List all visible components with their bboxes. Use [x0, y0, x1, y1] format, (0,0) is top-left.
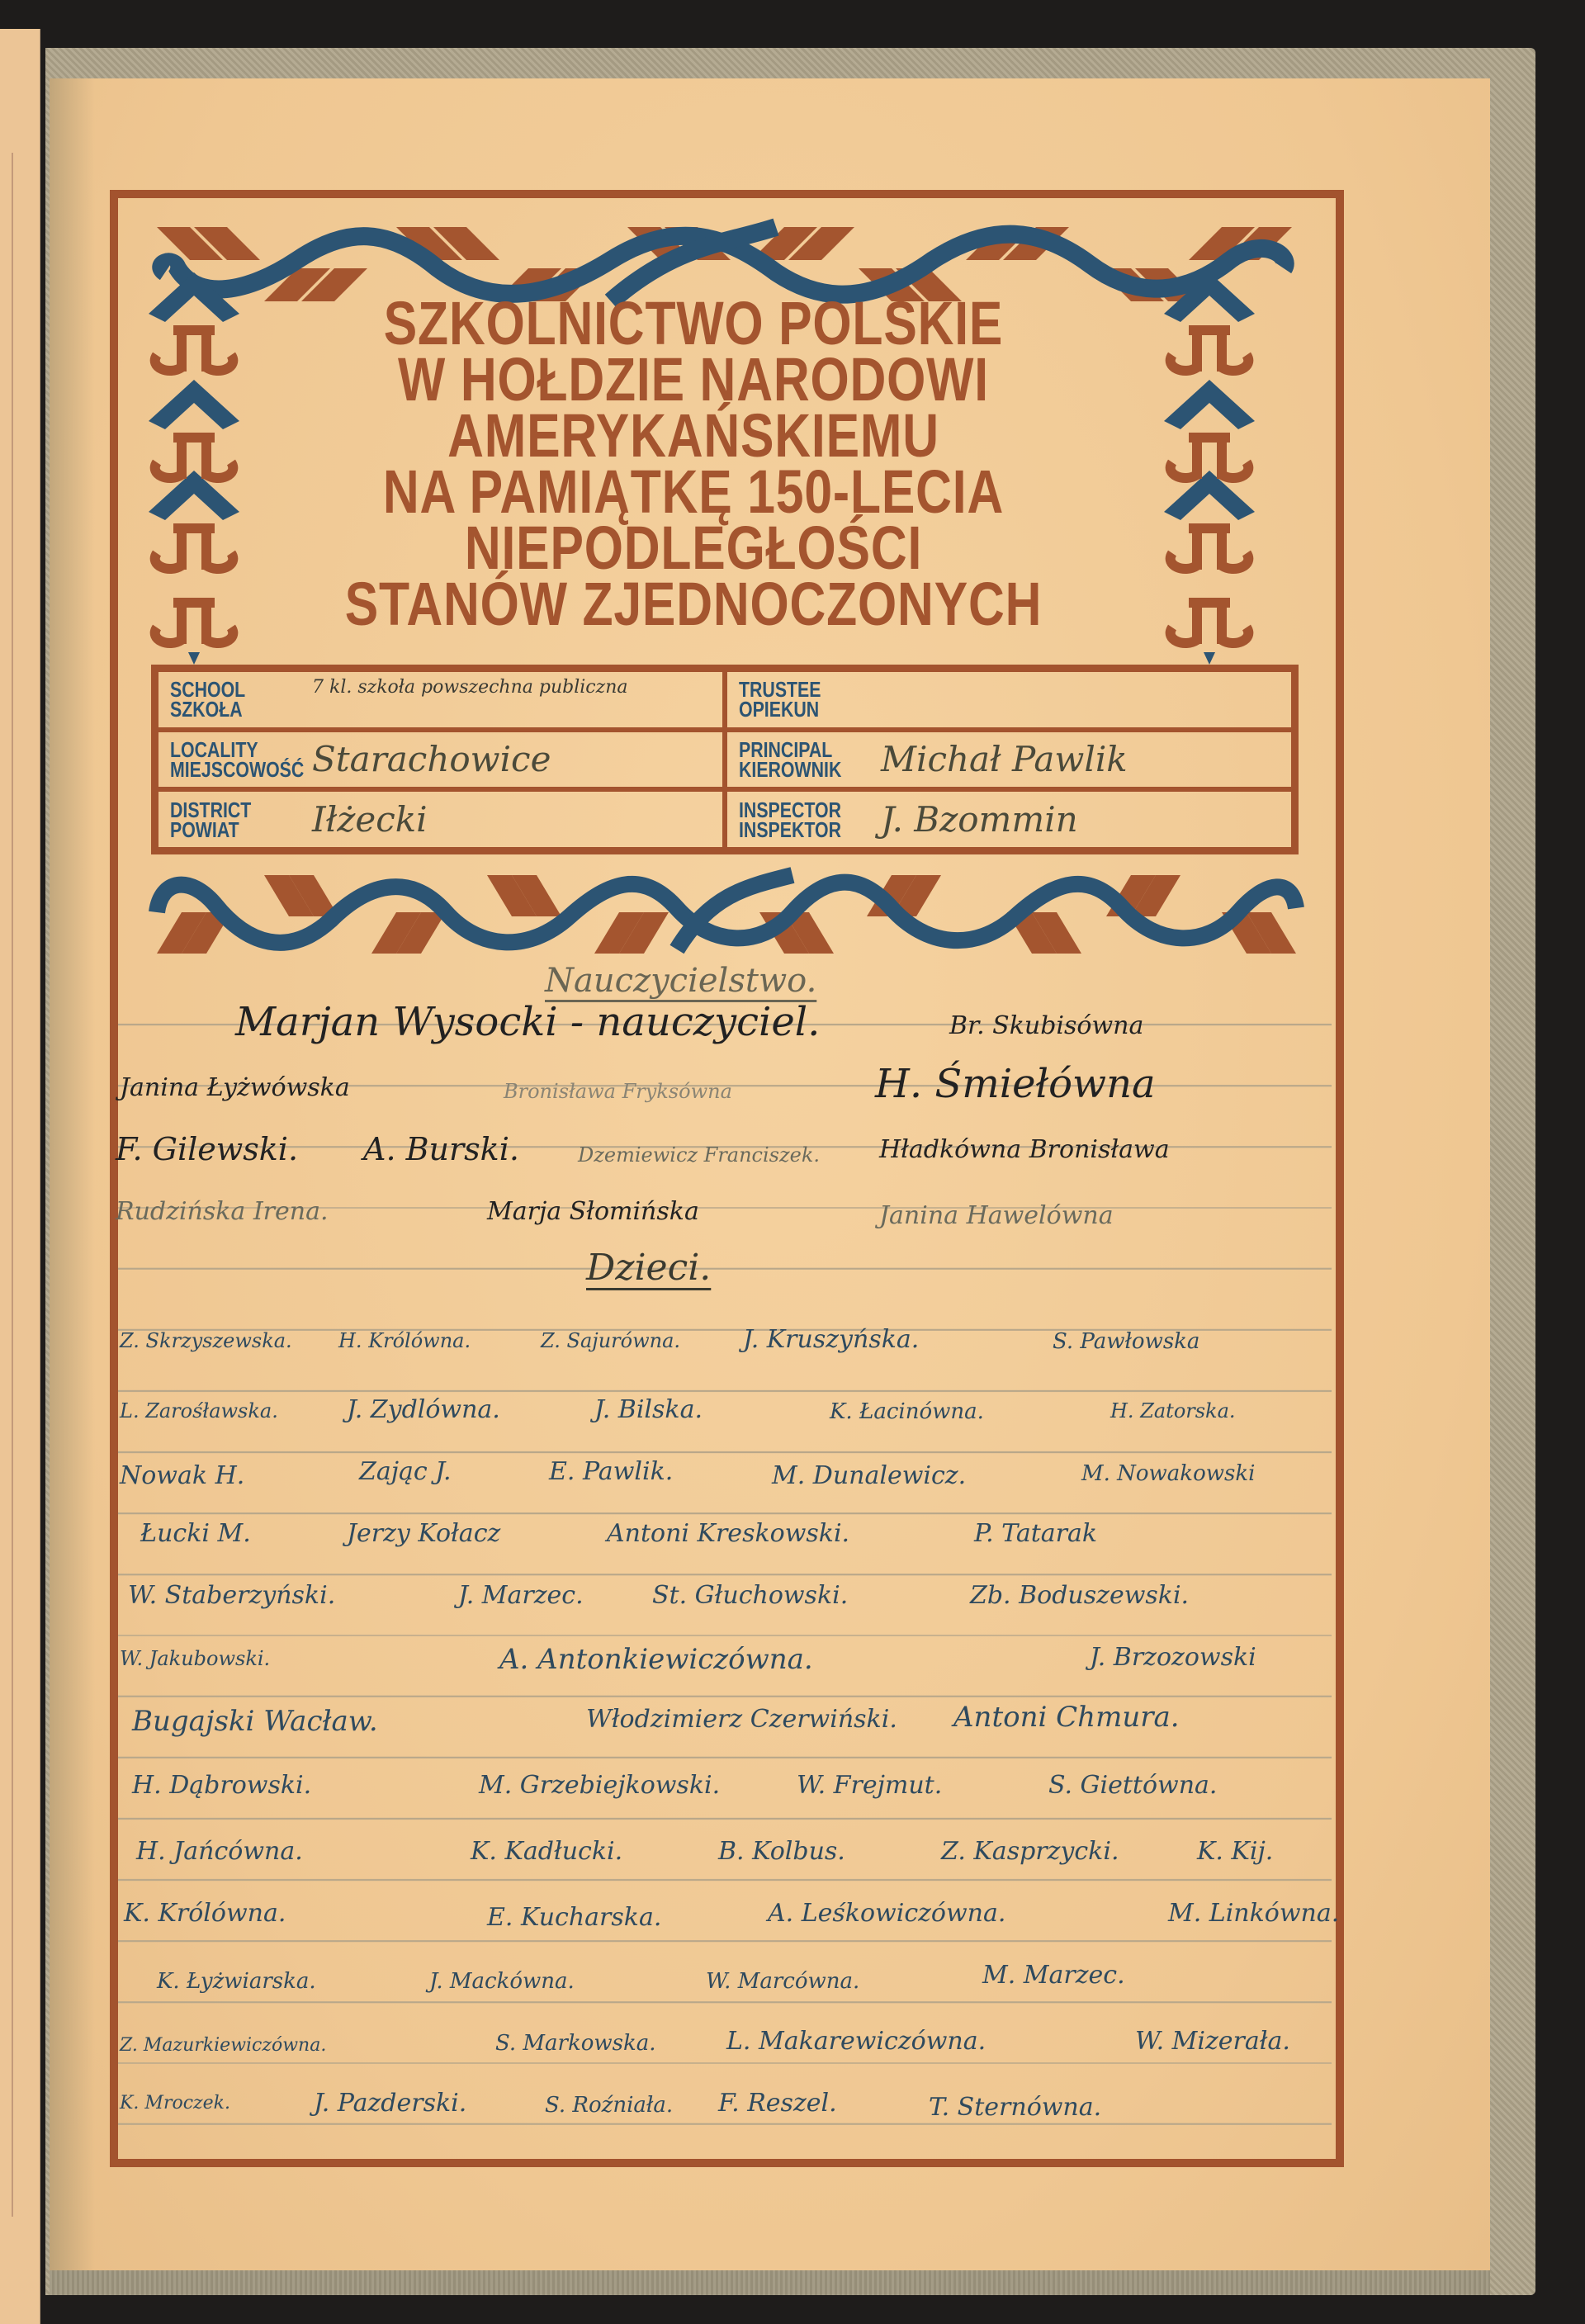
teacher-entry: A. Burski. [363, 1131, 519, 1167]
child-name: K. Kadłucki. [471, 1837, 622, 1866]
teacher-entry: Rudzińska Irena. [116, 1197, 329, 1226]
child-name: J. Zydlówna. [347, 1395, 500, 1424]
gutter-shadow [50, 78, 95, 2274]
district-field: DISTRICTPOWIAT Iłżecki [156, 789, 725, 850]
title-line-3: AMERYKAŃSKIEMU [308, 408, 1080, 464]
teacher-entry: Dzemiewicz Franciszek. [578, 1143, 820, 1167]
child-name: M. Grzebiejkowski. [479, 1771, 720, 1800]
child-name: Z. Skrzyszewska. [120, 1329, 292, 1352]
child-name: Łucki M. [140, 1519, 251, 1548]
child-name: Z. Sajurówna. [541, 1329, 680, 1352]
school-field: SCHOOLSZKOŁA 7 kl. szkoła powszechna pub… [156, 670, 725, 730]
teacher-entry: H. Śmiełówna [875, 1061, 1156, 1107]
child-name: K. Królówna. [124, 1899, 286, 1928]
child-name: Z. Mazurkiewiczówna. [120, 2035, 326, 2056]
child-name: J. Kruszyńska. [743, 1325, 919, 1354]
child-name: J. Marzec. [458, 1581, 584, 1610]
child-name: Zb. Boduszewski. [970, 1581, 1189, 1610]
child-name: Bugajski Wacław. [132, 1705, 378, 1738]
child-name: K. Łyżwiarska. [157, 1969, 316, 1994]
adjacent-left-page [0, 29, 40, 2324]
child-name: S. Roźniała. [545, 2093, 673, 2118]
principal-value: Michał Pawlik [881, 739, 1128, 779]
child-name: S. Markowska. [495, 2031, 656, 2056]
teacher-entry: Marjan Wysocki - nauczyciel. [235, 999, 820, 1045]
child-name: L. Zarośławska. [120, 1399, 278, 1422]
child-name: Antoni Chmura. [953, 1701, 1180, 1734]
child-name: M. Nowakowski [1081, 1461, 1255, 1486]
child-name: J. Brzozowski [1090, 1643, 1256, 1672]
locality-label: LOCALITYMIEJSCOWOŚĆ [170, 740, 278, 779]
child-name: L. Makarewiczówna. [726, 2027, 986, 2056]
child-name: W. Jakubowski. [120, 1647, 270, 1670]
child-name: J. Pazderski. [314, 2089, 466, 2118]
child-name: S. Giettówna. [1048, 1771, 1217, 1800]
child-name: W. Staberzyński. [128, 1581, 335, 1610]
left-page-border-line [12, 153, 13, 2217]
child-name: F. Reszel. [718, 2089, 837, 2118]
bottom-wave-ribbon-ornament [149, 863, 1304, 970]
child-name: J. Mackówna. [429, 1969, 575, 1994]
inspector-value: J. Bzommin [881, 799, 1078, 840]
title-line-2: W HOŁDZIE NARODOWI [308, 352, 1080, 408]
child-name: P. Tatarak [974, 1519, 1097, 1548]
child-name: H. Królówna. [338, 1329, 471, 1352]
child-name: A. Antonkiewiczówna. [499, 1643, 813, 1676]
locality-value: Starachowice [312, 739, 551, 779]
child-name: Włodzimierz Czerwiński. [586, 1705, 897, 1734]
title-line-6: STANÓW ZJEDNOCZONYCH [308, 576, 1080, 632]
child-name: M. Linkówna. [1168, 1899, 1339, 1928]
child-name: H. Dąbrowski. [132, 1771, 311, 1800]
child-name: S. Pawłowska [1053, 1329, 1199, 1354]
principal-label: PRINCIPALKIEROWNIK [739, 740, 847, 779]
child-name: Zając J. [359, 1457, 452, 1486]
trustee-label: TRUSTEEOPIEKUN [739, 679, 847, 719]
child-name: A. Leśkowiczówna. [768, 1899, 1005, 1928]
child-name: Nowak H. [120, 1461, 244, 1490]
child-name: W. Marcówna. [706, 1969, 859, 1994]
title-line-5: NIEPODLEGŁOŚCI [308, 520, 1080, 576]
child-name: T. Sternówna. [929, 2093, 1101, 2122]
title-line-4: NA PAMIĄTKĘ 150-LECIA [308, 464, 1080, 520]
child-name: H. Zatorska. [1110, 1399, 1236, 1422]
inspector-field: INSPECTORINSPEKTOR J. Bzommin [725, 789, 1294, 850]
child-name: J. Bilska. [594, 1395, 703, 1424]
title-line-1: SZKOLNICTWO POLSKIE [308, 296, 1080, 352]
teacher-entry: Marja Słomińska [487, 1197, 699, 1226]
child-name: Z. Kasprzycki. [941, 1837, 1119, 1866]
principal-field: PRINCIPALKIEROWNIK Michał Pawlik [725, 730, 1294, 790]
child-name: E. Pawlik. [549, 1457, 673, 1486]
children-heading: Dzieci. [586, 1247, 711, 1289]
teacher-entry: Janina Łyżwówska [120, 1073, 350, 1102]
child-name: W. Frejmut. [797, 1771, 942, 1800]
locality-field: LOCALITYMIEJSCOWOŚĆ Starachowice [156, 730, 725, 790]
child-name: Jerzy Kołacz [347, 1519, 500, 1548]
teacher-entry: Bronisława Fryksówna [504, 1080, 732, 1103]
child-name: B. Kolbus. [718, 1837, 845, 1866]
right-chevron-ornament [1164, 264, 1255, 669]
teachers-heading: Nauczycielstwo. [545, 962, 816, 1000]
child-name: K. Mroczek. [120, 2093, 230, 2113]
district-value: Iłżecki [312, 799, 428, 840]
bottom-binding-edge [50, 2270, 1490, 2295]
teacher-entry: Br. Skubisówna [949, 1011, 1143, 1040]
title-block: SZKOLNICTWO POLSKIE W HOŁDZIE NARODOWI A… [223, 296, 1164, 632]
school-info-table: SCHOOLSZKOŁA 7 kl. szkoła powszechna pub… [151, 665, 1299, 854]
child-name: H. Jańcówna. [136, 1837, 303, 1866]
teacher-entry: Hładkówna Bronisława [879, 1135, 1170, 1164]
inspector-label: INSPECTORINSPEKTOR [739, 800, 847, 840]
child-name: M. Marzec. [982, 1961, 1125, 1990]
school-label: SCHOOLSZKOŁA [170, 679, 278, 719]
district-label: DISTRICTPOWIAT [170, 800, 278, 840]
child-name: K. Kij. [1197, 1837, 1273, 1866]
trustee-field: TRUSTEEOPIEKUN [725, 670, 1294, 730]
teacher-entry: F. Gilewski. [116, 1131, 298, 1167]
child-name: M. Dunalewicz. [772, 1461, 966, 1490]
child-name: E. Kucharska. [487, 1903, 661, 1932]
child-name: St. Głuchowski. [652, 1581, 848, 1610]
school-value: 7 kl. szkoła powszechna publiczna [312, 677, 627, 698]
child-name: Antoni Kreskowski. [607, 1519, 849, 1548]
child-name: K. Łacinówna. [830, 1399, 984, 1424]
teacher-entry: Janina Hawelówna [879, 1201, 1114, 1230]
child-name: W. Mizerała. [1135, 2027, 1290, 2056]
